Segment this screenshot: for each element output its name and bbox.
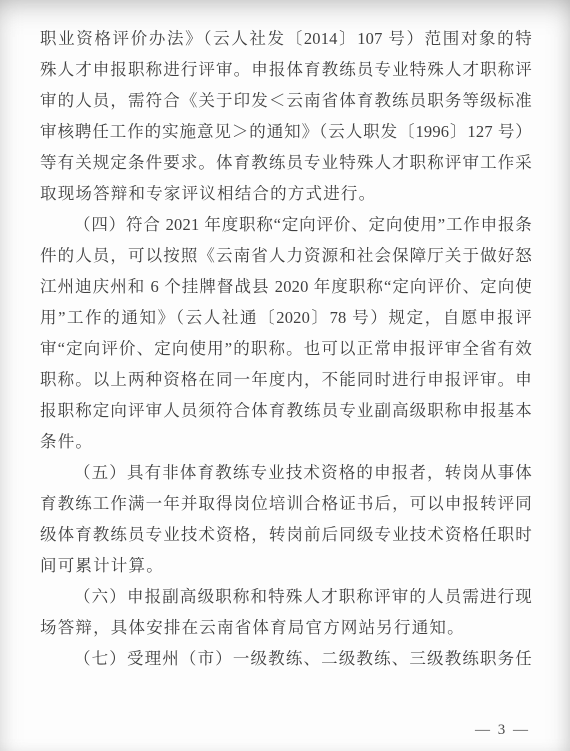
text-line: 职称。以上两种资格在同一年度内，不能同时进行申报评审。申 [40, 364, 532, 395]
text-line: 场答辩，具体安排在云南省体育局官方网站另行通知。 [40, 612, 532, 643]
document-body-text: 职业资格评价办法》（云人社发〔2014〕107 号）范围对象的特 殊人才申报职称… [40, 23, 532, 674]
text-line: 用”工作的通知》（云人社通〔2020〕78 号）规定，自愿申报评 [40, 302, 532, 333]
text-line: 审“定向评价、定向使用”的职称。也可以正常申报评审全省有效 [40, 333, 532, 364]
page-number: — 3 — [475, 722, 530, 739]
text-line: 江州迪庆州和 6 个挂牌督战县 2020 年度职称“定向评价、定向使 [40, 271, 532, 302]
text-line: 报职称定向评审人员须符合体育教练员专业副高级职称申报基本 [40, 395, 532, 426]
text-line: 件的人员，可以按照《云南省人力资源和社会保障厅关于做好怒 [40, 240, 532, 271]
text-line: （七）受理州（市）一级教练、二级教练、三级教练职务任 [40, 643, 532, 674]
scanned-document-page: 职业资格评价办法》（云人社发〔2014〕107 号）范围对象的特 殊人才申报职称… [0, 0, 570, 751]
text-line: 等有关规定条件要求。体育教练员专业特殊人才职称评审工作采 [40, 147, 532, 178]
text-line: 间可累计计算。 [40, 550, 532, 581]
text-line: 条件。 [40, 426, 532, 457]
text-line: 审的人员，需符合《关于印发＜云南省体育教练员职务等级标准 [40, 85, 532, 116]
text-line: （四）符合 2021 年度职称“定向评价、定向使用”工作申报条 [40, 209, 532, 240]
text-line: （五）具有非体育教练专业技术资格的申报者，转岗从事体 [40, 457, 532, 488]
text-line: 审核聘任工作的实施意见＞的通知》（云人职发〔1996〕127 号） [40, 116, 532, 147]
text-line: 育教练工作满一年并取得岗位培训合格证书后，可以申报转评同 [40, 488, 532, 519]
text-line: 取现场答辩和专家评议相结合的方式进行。 [40, 178, 532, 209]
text-line: 级体育教练员专业技术资格，转岗前后同级专业技术资格任职时 [40, 519, 532, 550]
text-line: 职业资格评价办法》（云人社发〔2014〕107 号）范围对象的特 [40, 23, 532, 54]
text-line: 殊人才申报职称进行评审。申报体育教练员专业特殊人才职称评 [40, 54, 532, 85]
text-line: （六）申报副高级职称和特殊人才职称评审的人员需进行现 [40, 581, 532, 612]
